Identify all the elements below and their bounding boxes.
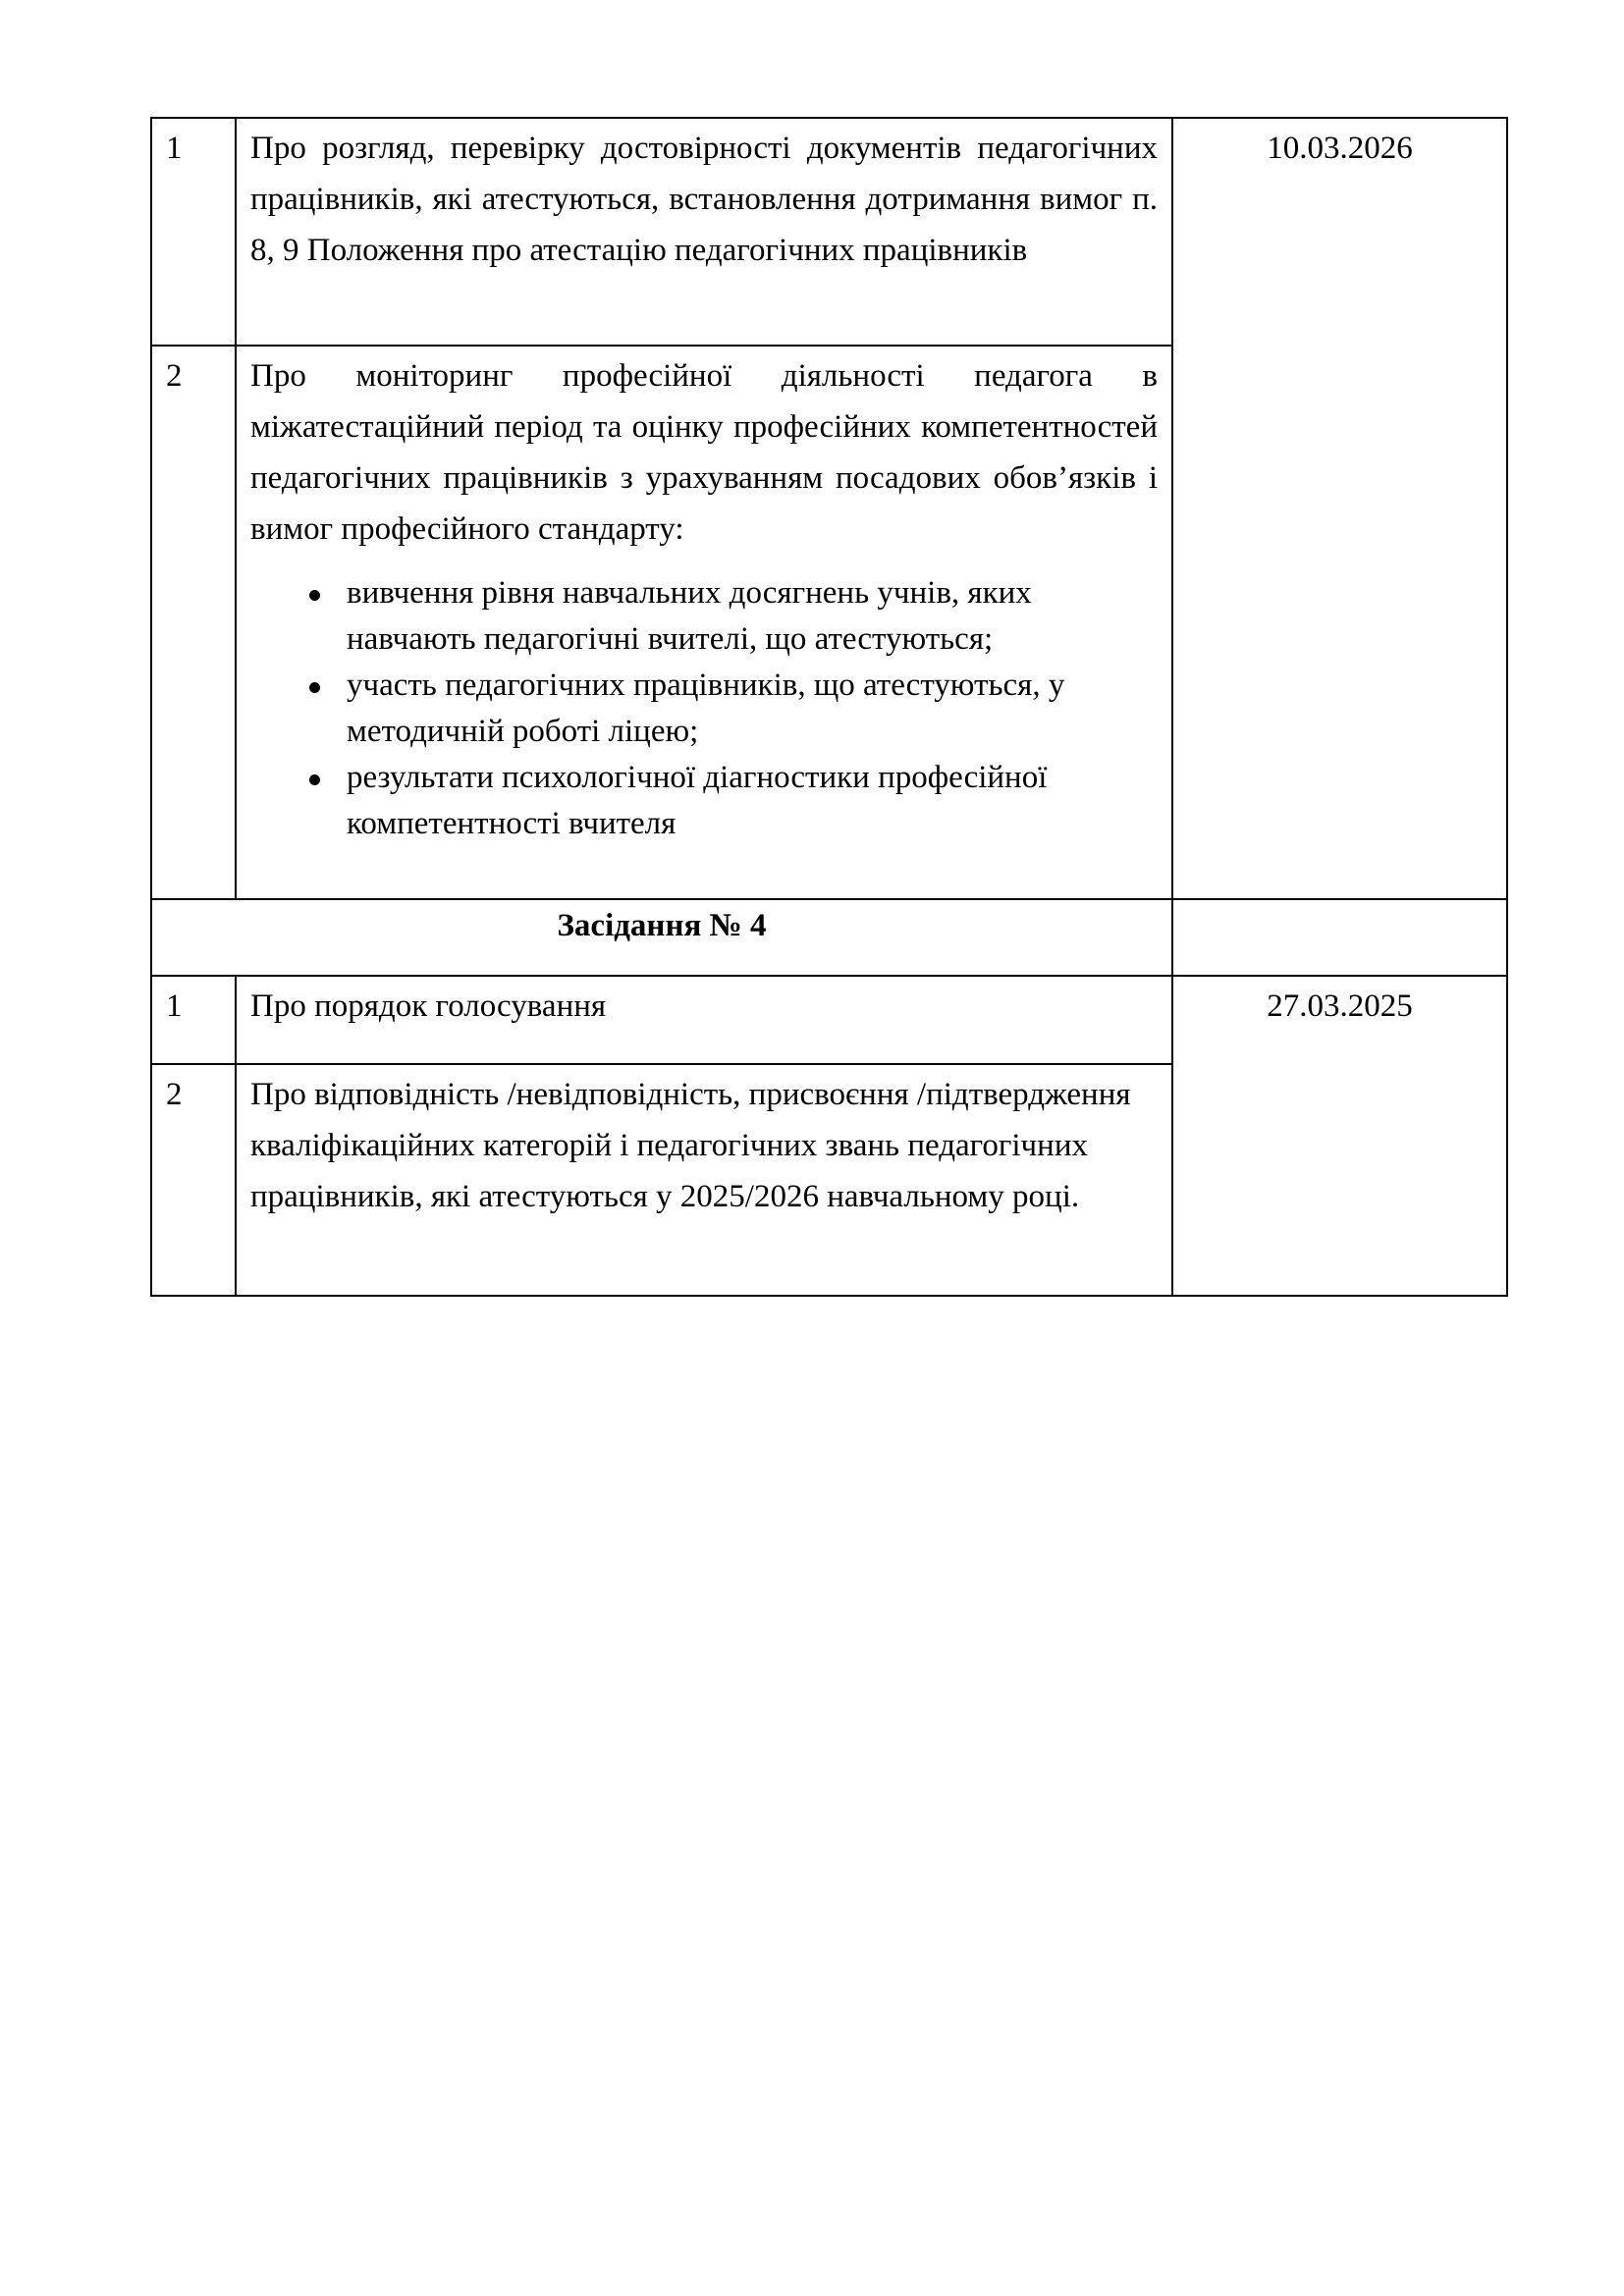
bullet-icon xyxy=(309,774,320,785)
item-text: Про моніторинг професійної діяльності пе… xyxy=(236,346,1172,899)
item-text-content: Про порядок голосування xyxy=(250,988,606,1024)
document-page: 1 Про розгляд, перевірку достовірності д… xyxy=(0,0,1624,2296)
item-text-content: Про моніторинг професійної діяльності пе… xyxy=(250,350,1158,555)
bullet-list: вивчення рівня навчальних досягнень учні… xyxy=(250,570,1158,847)
meeting-date: 10.03.2026 xyxy=(1172,118,1507,899)
bullet-icon xyxy=(309,590,320,601)
item-text-content: Про відповідність /невідповідність, прис… xyxy=(250,1077,1131,1214)
list-item: вивчення рівня навчальних досягнень учні… xyxy=(309,570,1158,663)
list-item: результати психологічної діагностики про… xyxy=(309,755,1158,847)
item-text: Про порядок голосування xyxy=(236,976,1172,1064)
table-row: 1 Про порядок голосування 27.03.2025 xyxy=(151,976,1507,1064)
table-row: 1 Про розгляд, перевірку достовірності д… xyxy=(151,118,1507,346)
item-text-content: Про розгляд, перевірку достовірності док… xyxy=(250,123,1158,276)
meeting-date: 27.03.2025 xyxy=(1172,976,1507,1296)
bullet-icon xyxy=(309,682,320,693)
item-text: Про відповідність /невідповідність, прис… xyxy=(236,1064,1172,1296)
empty-cell xyxy=(1172,899,1507,976)
list-item-text: участь педагогічних працівників, що атес… xyxy=(347,667,1064,749)
item-number: 2 xyxy=(151,1064,236,1296)
list-item-text: результати психологічної діагностики про… xyxy=(347,760,1047,841)
item-number: 1 xyxy=(151,976,236,1064)
item-number: 1 xyxy=(151,118,236,346)
item-number: 2 xyxy=(151,346,236,899)
agenda-table: 1 Про розгляд, перевірку достовірності д… xyxy=(150,117,1508,1297)
list-item-text: вивчення рівня навчальних досягнень учні… xyxy=(347,575,1032,657)
meeting-header-row: Засідання № 4 xyxy=(151,899,1507,976)
meeting-header: Засідання № 4 xyxy=(151,899,1172,976)
item-text: Про розгляд, перевірку достовірності док… xyxy=(236,118,1172,346)
list-item: участь педагогічних працівників, що атес… xyxy=(309,663,1158,755)
